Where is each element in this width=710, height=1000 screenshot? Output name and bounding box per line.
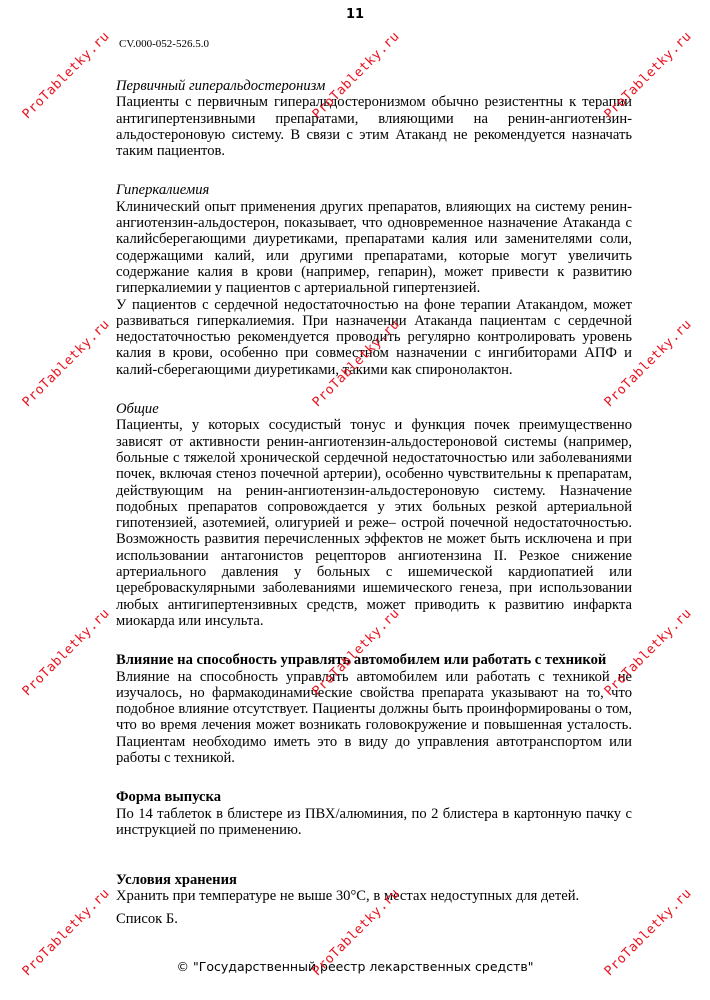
- section-text-hyperkalemia-2: У пациентов с сердечной недостаточностью…: [116, 297, 632, 378]
- section-text-hyperkalemia-1: Клинический опыт применения других препа…: [116, 199, 632, 297]
- page-number: 11: [0, 7, 710, 22]
- section-title-general: Общие: [116, 401, 632, 417]
- section-title-release-form: Форма выпуска: [116, 789, 632, 805]
- storage-list-note: Список Б.: [116, 911, 632, 927]
- section-text-general: Пациенты, у которых сосудистый тонус и ф…: [116, 417, 632, 629]
- section-text-primary-hyperaldosteronism: Пациенты с первичным гиперальдостеронизм…: [116, 94, 632, 159]
- document-code: CV.000-052-526.5.0: [119, 38, 209, 50]
- section-title-storage: Условия хранения: [116, 872, 632, 888]
- watermark: ProTabletky.ru: [20, 606, 113, 699]
- document-body: Первичный гиперальдостеронизм Пациенты с…: [116, 78, 632, 927]
- section-title-hyperkalemia: Гиперкалиемия: [116, 182, 632, 198]
- section-text-release-form: По 14 таблеток в блистере из ПВХ/алюмини…: [116, 806, 632, 839]
- section-title-driving: Влияние на способность управлять автомоб…: [116, 652, 632, 668]
- watermark: ProTabletky.ru: [20, 317, 113, 410]
- section-title-primary-hyperaldosteronism: Первичный гиперальдостеронизм: [116, 78, 632, 94]
- footer-copyright: © "Государственный реестр лекарственных …: [0, 959, 710, 974]
- section-text-driving: Влияние на способность управлять автомоб…: [116, 669, 632, 767]
- section-text-storage: Хранить при температуре не выше 30°С, в …: [116, 888, 632, 904]
- watermark: ProTabletky.ru: [20, 29, 113, 122]
